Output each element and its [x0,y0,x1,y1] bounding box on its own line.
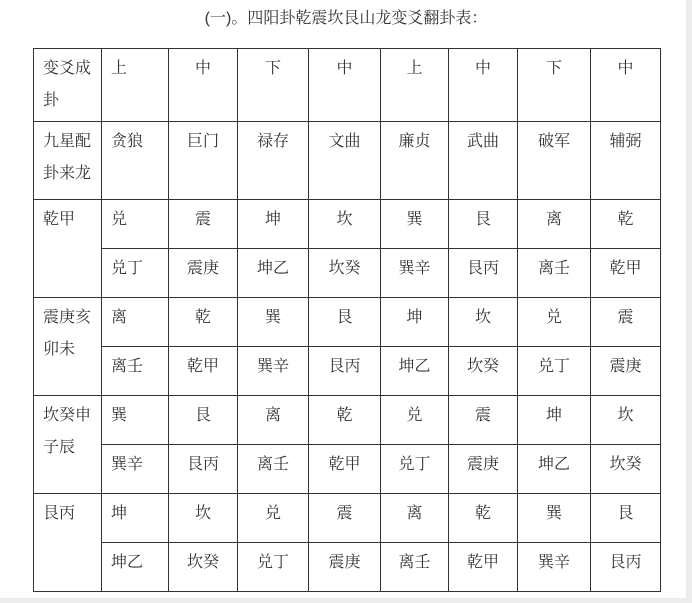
table-cell: 艮 [591,494,661,543]
table-cell: 震庚 [169,249,238,298]
table-cell: 兑 [102,200,169,249]
table-cell: 下 [518,49,591,122]
table-row-group4-pairs: 坤乙 坎癸 兑丁 震庚 离壬 乾甲 巽辛 艮丙 [34,543,661,592]
table-row-group1-pairs: 兑丁 震庚 坤乙 坎癸 巽辛 艮丙 离壬 乾甲 [34,249,661,298]
table-cell: 震 [449,396,518,445]
page-edge-right [686,0,692,603]
table-cell: 贪狼 [102,122,169,200]
table-cell: 巽辛 [518,543,591,592]
table-cell: 上 [102,49,169,122]
table-cell: 乾甲 [309,445,381,494]
table-cell: 坤乙 [518,445,591,494]
table-cell: 兑丁 [518,347,591,396]
table-cell: 巽 [102,396,169,445]
table-cell: 廉贞 [381,122,449,200]
table-cell: 离壬 [238,445,309,494]
table-cell: 巽辛 [102,445,169,494]
table-cell: 坎癸 [449,347,518,396]
page-edge-bottom [0,598,692,603]
table-cell: 破军 [518,122,591,200]
table-cell: 巽辛 [238,347,309,396]
table-cell: 震庚 [309,543,381,592]
table-row-jiuxing: 九星配卦来龙 贪狼 巨门 禄存 文曲 廉贞 武曲 破军 辅弼 [34,122,661,200]
table-cell: 巨门 [169,122,238,200]
table-cell: 离 [381,494,449,543]
table-row-group3-trigrams: 坎癸申子辰 巽 艮 离 乾 兑 震 坤 坎 [34,396,661,445]
table-cell: 兑 [238,494,309,543]
row-label-group2: 震庚亥卯未 [34,298,102,396]
table-cell: 乾 [309,396,381,445]
table-cell: 上 [381,49,449,122]
table-row-group1-trigrams: 乾甲 兑 震 坤 坎 巽 艮 离 乾 [34,200,661,249]
table-cell: 下 [238,49,309,122]
table-cell: 艮丙 [309,347,381,396]
table-cell: 震 [169,200,238,249]
table-cell: 乾甲 [169,347,238,396]
table-cell: 艮丙 [169,445,238,494]
row-label-group1: 乾甲 [34,200,102,298]
table-cell: 坤 [102,494,169,543]
table-cell: 中 [591,49,661,122]
bagua-table: 变爻成卦 上 中 下 中 上 中 下 中 九星配卦来龙 贪狼 巨门 禄存 文曲 … [33,48,661,592]
table-cell: 武曲 [449,122,518,200]
table-cell: 禄存 [238,122,309,200]
table-row-group3-pairs: 巽辛 艮丙 离壬 乾甲 兑丁 震庚 坤乙 坎癸 [34,445,661,494]
table-cell: 坤乙 [102,543,169,592]
table-cell: 离 [102,298,169,347]
table-cell: 艮 [449,200,518,249]
table-cell: 兑 [381,396,449,445]
table-cell: 坎 [169,494,238,543]
row-label-group4: 艮丙 [34,494,102,592]
table-cell: 兑丁 [238,543,309,592]
table-cell: 震庚 [591,347,661,396]
table-cell: 离 [518,200,591,249]
table-cell: 兑丁 [381,445,449,494]
table-cell: 坤 [238,200,309,249]
table-cell: 乾甲 [449,543,518,592]
table-cell: 艮 [169,396,238,445]
table-cell: 坎癸 [591,445,661,494]
table-row-group2-trigrams: 震庚亥卯未 离 乾 巽 艮 坤 坎 兑 震 [34,298,661,347]
table-cell: 巽辛 [381,249,449,298]
table-cell: 坎癸 [309,249,381,298]
table-row-group2-pairs: 离壬 乾甲 巽辛 艮丙 坤乙 坎癸 兑丁 震庚 [34,347,661,396]
table-cell: 坎 [309,200,381,249]
table-cell: 兑丁 [102,249,169,298]
table-cell: 文曲 [309,122,381,200]
table-cell: 离壬 [102,347,169,396]
table-cell: 离壬 [518,249,591,298]
table-cell: 震庚 [449,445,518,494]
table-cell: 中 [309,49,381,122]
table-cell: 离 [238,396,309,445]
table-cell: 兑 [518,298,591,347]
table-cell: 坤 [518,396,591,445]
table-cell: 离壬 [381,543,449,592]
table-cell: 辅弼 [591,122,661,200]
table-cell: 乾 [449,494,518,543]
row-label-group3: 坎癸申子辰 [34,396,102,494]
table-row-bianyao: 变爻成卦 上 中 下 中 上 中 下 中 [34,49,661,122]
table-cell: 坎癸 [169,543,238,592]
table-cell: 巽 [238,298,309,347]
table-cell: 震 [309,494,381,543]
table-cell: 巽 [518,494,591,543]
table-cell: 乾 [169,298,238,347]
table-cell: 艮 [309,298,381,347]
table-cell: 乾 [591,200,661,249]
table-cell: 中 [449,49,518,122]
table-cell: 坤 [381,298,449,347]
row-label-bianyao: 变爻成卦 [34,49,102,122]
table-cell: 中 [169,49,238,122]
page-title: (一)。四阳卦乾震坎艮山龙变爻翻卦表： [0,0,692,29]
table-cell: 巽 [381,200,449,249]
table-cell: 坎 [591,396,661,445]
table-cell: 震 [591,298,661,347]
row-label-jiuxing: 九星配卦来龙 [34,122,102,200]
table-cell: 艮丙 [591,543,661,592]
table-cell: 坤乙 [381,347,449,396]
table-cell: 坎 [449,298,518,347]
table-cell: 坤乙 [238,249,309,298]
table-cell: 艮丙 [449,249,518,298]
table-row-group4-trigrams: 艮丙 坤 坎 兑 震 离 乾 巽 艮 [34,494,661,543]
table-cell: 乾甲 [591,249,661,298]
